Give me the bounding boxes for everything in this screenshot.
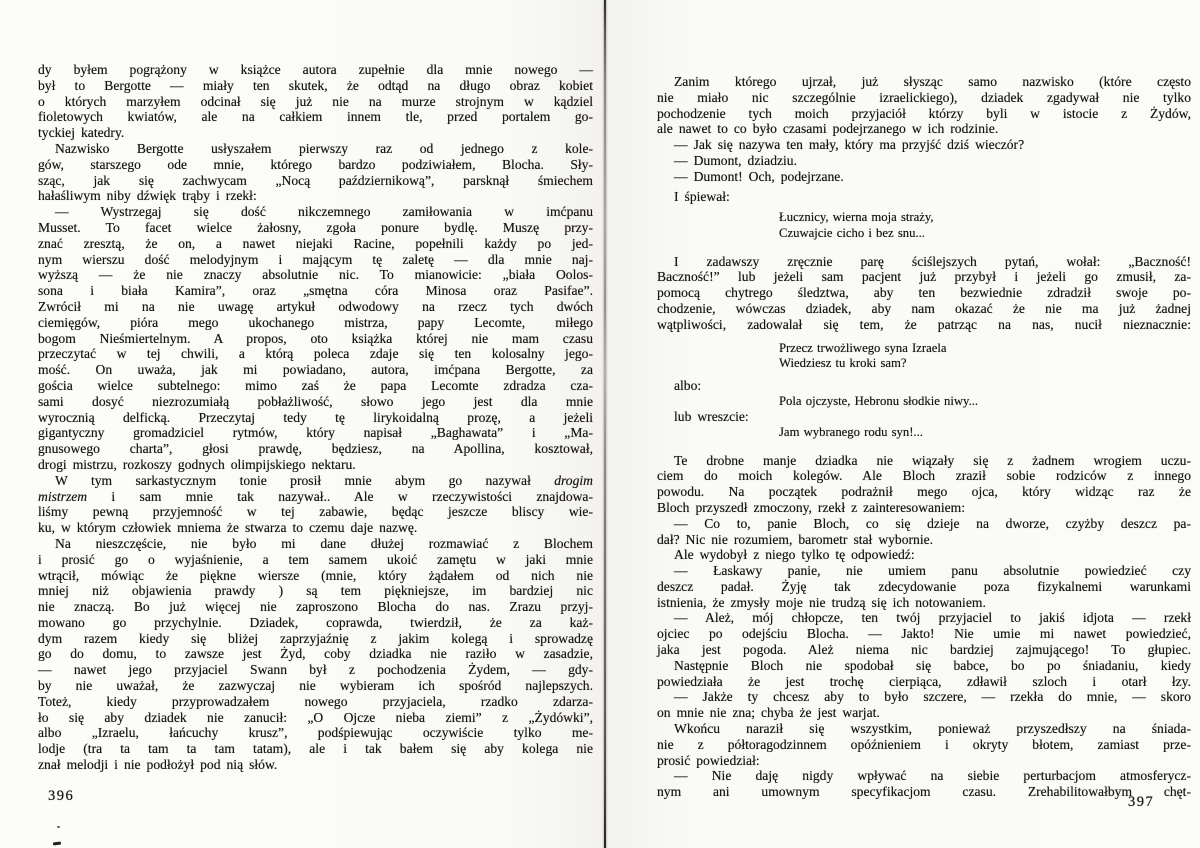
text-line: dał? Nic nie rozumiem, barometr stał wyb… xyxy=(657,532,1191,548)
text-line: mość. On uważa, jak mi powiadano, autora… xyxy=(38,362,593,378)
paragraph-block: I śpiewał: xyxy=(657,189,1191,205)
paragraph-block: Przecz trwożliwego syna IzraelaWiedziesz… xyxy=(657,341,1191,372)
text-line: i prosić go o wyjaśnienie, a tem samem u… xyxy=(38,552,593,568)
text-line: hałaśliwym niby dźwięk trąby i rzekł: xyxy=(38,188,593,204)
text-line: nie znaczą. Bo już więcej nie zaproszono… xyxy=(38,599,593,615)
scan-artifact-speck xyxy=(57,826,60,828)
text-line: W tym sarkastycznym tonie prosił mnie ab… xyxy=(38,473,593,489)
verse-line: Pola ojczyste, Hebronu słodkie niwy... xyxy=(779,394,1191,410)
text-line: bogom Nieśmiertelnym. A propos, oto ksią… xyxy=(38,331,593,347)
verse-line: Łucznicy, wierna moja straży, xyxy=(779,210,1191,226)
text-line: ku, w którym człowiek mniema że stwarza … xyxy=(38,520,593,536)
text-line: mistrzem i sam mnie tak nazywał.. Ale w … xyxy=(38,489,593,505)
text-line: ale nawet to co było czasami podejrzaneg… xyxy=(657,121,1191,137)
text-line: przeczytać w tej chwili, a którą poleca … xyxy=(38,346,593,362)
text-line: sząc, jak się zachwycam „Nocą październi… xyxy=(38,173,593,189)
page-number-left: 396 xyxy=(48,788,74,805)
text-line: ciem do moich kolegów. Ale Bloch zraził … xyxy=(657,468,1191,484)
text-line: deszcz padał. Żyję tak zdecydowanie poza… xyxy=(657,579,1191,595)
text-line: mniej niż objawienia prawdy ) są tem pię… xyxy=(38,583,593,599)
text-line: Bloch przyszedł zmoczony, rzekł z zainte… xyxy=(657,500,1191,516)
text-line: — Wystrzegaj się dość nikczemnego zamiło… xyxy=(38,204,593,220)
text-line: Wkońcu naraził się wszystkim, ponieważ p… xyxy=(657,721,1191,737)
text-line: tyckiej katedry. xyxy=(38,125,593,141)
text-line: Baczność!” lub jeżeli sam pacjent już pr… xyxy=(657,269,1191,285)
text-line: wyrocznią delficką. Przeczytaj tedy tę l… xyxy=(38,410,593,426)
verse-line: Jam wybranego rodu syn!... xyxy=(779,425,1191,441)
text-line: Nazwisko Bergotte usłyszałem pierwszy ra… xyxy=(38,141,593,157)
text-line: — Dumont! Och, podejrzane. xyxy=(657,169,1191,185)
paragraph-block: I zadawszy zręcznie parę ściślejszych py… xyxy=(657,254,1191,333)
text-line: I zadawszy zręcznie parę ściślejszych py… xyxy=(657,254,1191,270)
text-line: znać zresztą, że on, a nawet niejaki Rac… xyxy=(38,236,593,252)
verse-line: Przecz trwożliwego syna Izraela xyxy=(779,341,1191,357)
paragraph-block: Wkońcu naraził się wszystkim, ponieważ p… xyxy=(657,721,1191,768)
paragraph-block: — Wystrzegaj się dość nikczemnego zamiło… xyxy=(38,204,593,473)
paragraph-block: — Co to, panie Bloch, co się dzieje na d… xyxy=(657,516,1191,548)
paragraph-block: Następnie Bloch nie spodobał się babce, … xyxy=(657,658,1191,690)
text-line: dym razem kiedy się bliżej zaprzyjaźnię … xyxy=(38,631,593,647)
text-line: powiedziała że jest trochę cierpiąca, zd… xyxy=(657,674,1191,690)
text-line: istnienia, że zmysły moje nie trudzą się… xyxy=(657,595,1191,611)
paragraph-block: dy byłem pogrążony w książce autora zupe… xyxy=(38,62,593,141)
text-line: liśmy pewną przyjemność w tej zabawie, b… xyxy=(38,504,593,520)
text-line: lub wreszcie: xyxy=(657,409,1191,425)
text-line: gów, starszego ode mnie, którego bardzo … xyxy=(38,157,593,173)
text-line: był to Bergotte — miały ten skutek, że o… xyxy=(38,78,593,94)
text-line: jaka jest pogoda. Ależ niema nic bardzie… xyxy=(657,642,1191,658)
text-line: nym ani umownym specyfikacjom czasu. Zre… xyxy=(657,784,1191,800)
paragraph-block: W tym sarkastycznym tonie prosił mnie ab… xyxy=(38,473,593,536)
text-line: nie miało nic szczególnie izraelickiego)… xyxy=(657,90,1191,106)
verse-line: Czuwajcie cicho i bez snu... xyxy=(779,226,1191,242)
text-line: wyższą — że nie znaczy absolutnie nic. T… xyxy=(38,267,593,283)
text-line: wątpliwości, zadowalał się tem, że patrz… xyxy=(657,317,1191,333)
text-line: — Łaskawy panie, nie umiem panu absolutn… xyxy=(657,563,1191,579)
text-line: — Co to, panie Bloch, co się dzieje na d… xyxy=(657,516,1191,532)
text-line: fioletowych kwiatów, ale na całkiem inne… xyxy=(38,109,593,125)
text-line: prosić powiedział: xyxy=(657,753,1191,769)
text-line: wtrącił, mówiąc że piękne wiersze (mnie,… xyxy=(38,568,593,584)
text-line: ło się aby dziadek nie zanucił: „O Ojcze… xyxy=(38,710,593,726)
paragraph-block: Zanim którego ujrzał, już słysząc samo n… xyxy=(657,74,1191,137)
paragraph-block: Na nieszczęście, nie było mi dane dłużej… xyxy=(38,536,593,773)
text-line: — Jakże ty chcesz aby to było szczere, —… xyxy=(657,689,1191,705)
text-line: drogi mistrzu, rozkoszy godnych olimpijs… xyxy=(38,457,593,473)
text-line: Na nieszczęście, nie było mi dane dłużej… xyxy=(38,536,593,552)
text-line: sona i biała Kamira”, oraz „smętna córa … xyxy=(38,283,593,299)
text-line: Ale wydobył z niego tylko tę odpowiedź: xyxy=(657,547,1191,563)
text-line: Te drobne manje dziadka nie wiązały się … xyxy=(657,453,1191,469)
text-line: gościa wielce subtelnego: mimo zaś że pa… xyxy=(38,378,593,394)
text-line: gigantyczny gromadziciel rytmów, który n… xyxy=(38,425,593,441)
text-line: go do domu, to zawsze jest Żyd, coby dzi… xyxy=(38,646,593,662)
left-page-text-column: dy byłem pogrążony w książce autora zupe… xyxy=(38,62,593,773)
text-line: ciemięgów, pióra mego ukochanego mistrza… xyxy=(38,315,593,331)
scan-artifact-speck xyxy=(53,841,61,845)
paragraph-block: — Nie daję nigdy wpływać na siebie pertu… xyxy=(657,768,1191,800)
page-number-right: 397 xyxy=(1128,794,1154,811)
book-center-fold xyxy=(604,0,606,848)
paragraph-block: — Jakże ty chcesz aby to było szczere, —… xyxy=(657,689,1191,721)
text-line: znał melodji i nie podłożył pod nią słów… xyxy=(38,757,593,773)
text-line: — Dumont, dziadziu. xyxy=(657,153,1191,169)
text-line: albo: xyxy=(657,378,1191,394)
text-line: o których marzyłem odcinał się już nie n… xyxy=(38,94,593,110)
text-line: Następnie Bloch nie spodobał się babce, … xyxy=(657,658,1191,674)
right-page-text-column: Zanim którego ujrzał, już słysząc samo n… xyxy=(657,74,1191,800)
text-line: mowano go przychylnie. Dziadek, coprawda… xyxy=(38,615,593,631)
text-line: dy byłem pogrążony w książce autora zupe… xyxy=(38,62,593,78)
text-line: nie z półtoragodzinnem opóźnieniem i okr… xyxy=(657,737,1191,753)
text-line: Zanim którego ujrzał, już słysząc samo n… xyxy=(657,74,1191,90)
text-line: chodzenie, wówczas dziadek, aby nam okaz… xyxy=(657,301,1191,317)
text-line: on mnie nie zna; chyba że jest warjat. xyxy=(657,705,1191,721)
text-line: — nawet jego przyjaciel Swann był z poch… xyxy=(38,662,593,678)
text-line: Zwrócił mi na nie uwagę artykuł odwodowy… xyxy=(38,299,593,315)
text-line: I śpiewał: xyxy=(657,189,1191,205)
text-line: — Jak się nazywa ten mały, który ma przy… xyxy=(657,137,1191,153)
text-line: Musset. To facet wielce żałosny, zgoła p… xyxy=(38,220,593,236)
paragraph-block: albo:Pola ojczyste, Hebronu słodkie niwy… xyxy=(657,378,1191,441)
text-line: pochodzenie tych moich przyjaciół którzy… xyxy=(657,106,1191,122)
paragraph-block: Łucznicy, wierna moja straży,Czuwajcie c… xyxy=(657,210,1191,241)
text-line: sami dosyć niezrozumiałą pobłażliwość, s… xyxy=(38,394,593,410)
text-line: Toteż, kiedy przyprowadzałem nowego przy… xyxy=(38,694,593,710)
text-line: — Ależ, mój chłopcze, ten twój przyjacie… xyxy=(657,610,1191,626)
text-line: — Nie daję nigdy wpływać na siebie pertu… xyxy=(657,768,1191,784)
text-line: by nie uważał, że zazwyczaj nie wybieram… xyxy=(38,678,593,694)
paragraph-block: — Łaskawy panie, nie umiem panu absolutn… xyxy=(657,563,1191,610)
text-line: powodu. Na początek podrażnił mego ojca,… xyxy=(657,484,1191,500)
text-line: gnusowego charta”, głosi prawdę, będzies… xyxy=(38,441,593,457)
text-line: ojciec po odejściu Blocha. — Jakto! Nie … xyxy=(657,626,1191,642)
paragraph-block: Ale wydobył z niego tylko tę odpowiedź: xyxy=(657,547,1191,563)
verse-line: Wiedziesz tu kroki sam? xyxy=(779,356,1191,372)
text-line: pomocą chytrego śledztwa, aby ten bezwie… xyxy=(657,285,1191,301)
text-line: lodje (tra ta tam ta tam tatam), ale i t… xyxy=(38,741,593,757)
book-spread-scan: dy byłem pogrążony w książce autora zupe… xyxy=(0,0,1200,848)
paragraph-block: Nazwisko Bergotte usłyszałem pierwszy ra… xyxy=(38,141,593,204)
text-line: nym wierszu dość melodyjnym i mającym tę… xyxy=(38,252,593,268)
paragraph-block: — Jak się nazywa ten mały, który ma przy… xyxy=(657,137,1191,184)
paragraph-block: — Ależ, mój chłopcze, ten twój przyjacie… xyxy=(657,610,1191,657)
text-line: albo „Izraelu, łańcuchy krusz”, podśpiew… xyxy=(38,725,593,741)
paragraph-block: Te drobne manje dziadka nie wiązały się … xyxy=(657,453,1191,516)
